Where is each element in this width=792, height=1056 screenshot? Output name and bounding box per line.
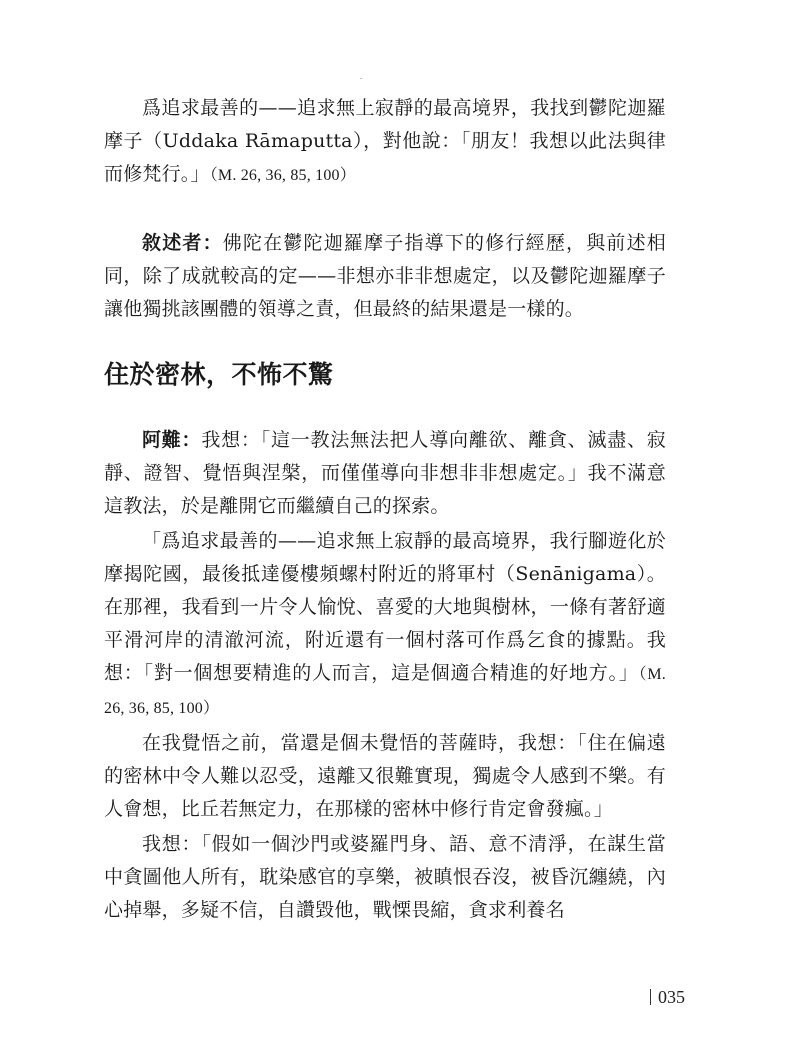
- section-heading: 住於密林，不怖不驚: [104, 357, 666, 393]
- scan-speck: [360, 78, 362, 79]
- paragraph-senanigama: 「爲追求最善的——追求無上寂靜的最高境界，我行腳遊化於摩揭陀國，最後抵達優樓頻螺…: [104, 525, 666, 725]
- paragraph-ananda: 阿難：我想：「這一教法無法把人導向離欲、離貪、滅盡、寂靜、證智、覺悟與涅槃，而僅…: [104, 424, 666, 523]
- paragraph-impure-recluse: 我想：「假如一個沙門或婆羅門身、語、意不清淨，在謀生當中貪圖他人所有，耽染感官的…: [104, 828, 666, 927]
- paragraph-quote-uddaka: 爲追求最善的——追求無上寂靜的最高境界，我找到鬱陀迦羅摩子（Uddaka Rām…: [104, 92, 666, 192]
- page-number-divider: [650, 989, 651, 1005]
- paragraph-text: 在我覺悟之前，當還是個未覺悟的菩薩時，我想：「住在偏遠的密林中令人難以忍受，遠離…: [104, 732, 666, 820]
- paragraph-forest-difficulty: 在我覺悟之前，當還是個未覺悟的菩薩時，我想：「住在偏遠的密林中令人難以忍受，遠離…: [104, 727, 666, 826]
- paragraph-narrator: 敘述者：佛陀在鬱陀迦羅摩子指導下的修行經歷，與前述相同，除了成就較高的定——非想…: [104, 227, 666, 326]
- page-number-value: 035: [658, 987, 685, 1007]
- sutta-reference: （M. 26, 36, 85, 100）: [210, 167, 356, 184]
- speaker-label: 敘述者：: [142, 232, 223, 254]
- speaker-label: 阿難：: [142, 429, 201, 451]
- paragraph-text: 爲追求最善的——追求無上寂靜的最高境界，我找到鬱陀迦羅摩子（Uddaka Rām…: [104, 97, 666, 185]
- paragraph-text: 我想：「假如一個沙門或婆羅門身、語、意不清淨，在謀生當中貪圖他人所有，耽染感官的…: [104, 833, 666, 921]
- book-page: 爲追求最善的——追求無上寂靜的最高境界，我找到鬱陀迦羅摩子（Uddaka Rām…: [104, 92, 666, 927]
- paragraph-text: 「爲追求最善的——追求無上寂靜的最高境界，我行腳遊化於摩揭陀國，最後抵達優樓頻螺…: [104, 530, 666, 684]
- page-number: 035: [650, 987, 685, 1008]
